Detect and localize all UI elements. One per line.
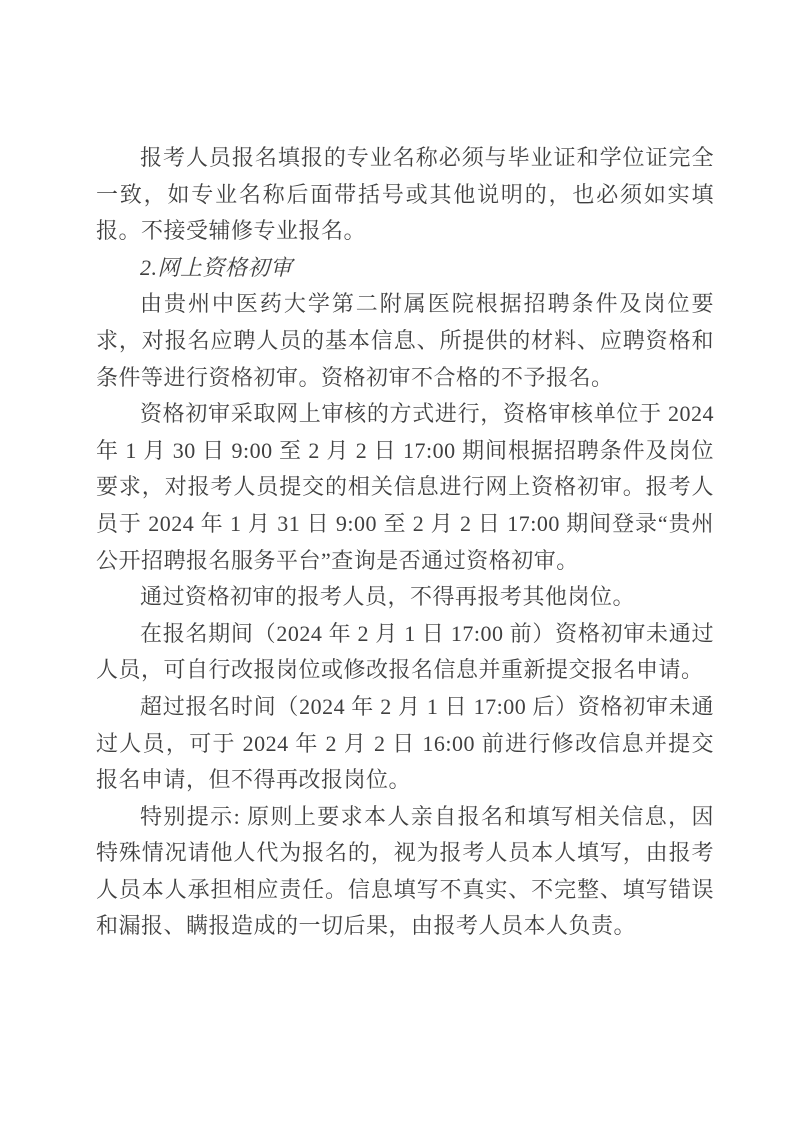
paragraph: 报考人员报名填报的专业名称必须与毕业证和学位证完全一致，如专业名称后面带括号或其… <box>96 140 714 250</box>
paragraph: 特别提示: 原则上要求本人亲自报名和填写相关信息，因特殊情况请他人代为报名的，视… <box>96 799 714 945</box>
paragraph: 在报名期间（2024 年 2 月 1 日 17:00 前）资格初审未通过人员，可… <box>96 616 714 689</box>
paragraph: 资格初审采取网上审核的方式进行，资格审核单位于 2024 年 1 月 30 日 … <box>96 396 714 579</box>
paragraph: 超过报名时间（2024 年 2 月 1 日 17:00 后）资格初审未通过人员，… <box>96 689 714 799</box>
paragraph: 通过资格初审的报考人员，不得再报考其他岗位。 <box>96 579 714 616</box>
document-content: 报考人员报名填报的专业名称必须与毕业证和学位证完全一致，如专业名称后面带括号或其… <box>96 140 714 945</box>
paragraph: 由贵州中医药大学第二附属医院根据招聘条件及岗位要求，对报名应聘人员的基本信息、所… <box>96 286 714 396</box>
document-page: 报考人员报名填报的专业名称必须与毕业证和学位证完全一致，如专业名称后面带括号或其… <box>0 0 793 1122</box>
section-heading: 2.网上资格初审 <box>96 250 714 287</box>
